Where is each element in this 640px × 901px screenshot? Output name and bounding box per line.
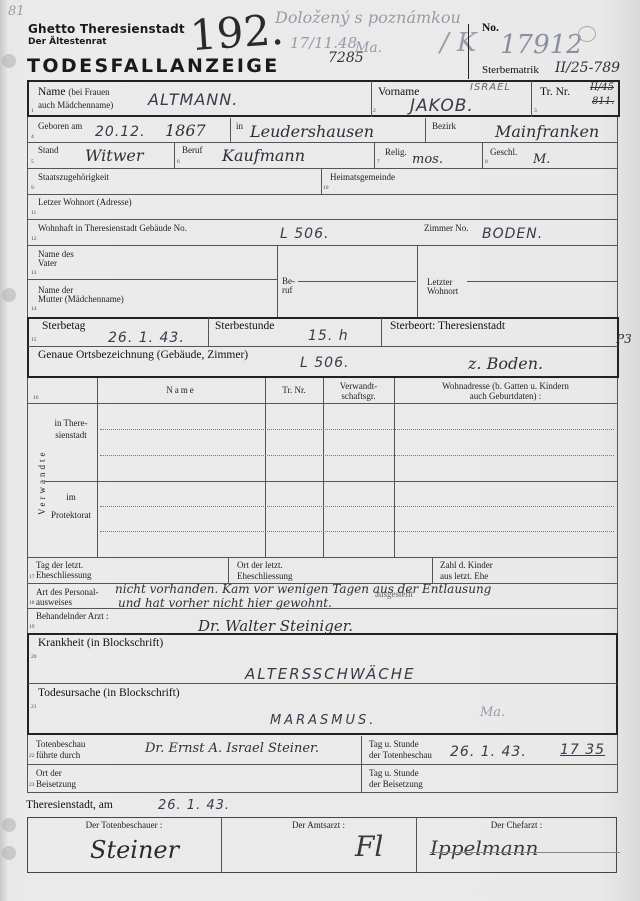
beruf2-label-2: ruf: [282, 285, 293, 295]
field-number: 8: [485, 159, 488, 165]
arzt-label: Behandelnder Arzt :: [36, 611, 108, 621]
heimatsgemeinde-label: Heimatsgemeinde: [330, 172, 395, 182]
org-council: Der Ältestenrat: [28, 37, 107, 47]
org-name: Ghetto Theresienstadt: [28, 22, 185, 36]
field-number: 10: [323, 185, 329, 191]
vater-label-2: Vater: [38, 258, 57, 268]
field-number: 13: [31, 270, 37, 276]
punch-hole: [2, 818, 16, 832]
group2-label-1: im: [45, 492, 97, 502]
relig-value[interactable]: mos.: [412, 152, 443, 167]
field-number: 15: [31, 337, 37, 343]
tr-nr-value[interactable]: 811.: [592, 96, 614, 107]
divider: [482, 143, 483, 168]
kinder-label-2: aus letzt. Ehe: [440, 571, 488, 581]
divider: [277, 246, 278, 317]
in-label: in: [236, 121, 243, 131]
tr-nr-label: Tr. Nr.: [540, 86, 570, 98]
row-divider: [27, 142, 618, 143]
entry-line[interactable]: [100, 531, 614, 532]
row-divider: [27, 608, 618, 609]
krankheit-value[interactable]: ALTERSSCHWÄCHE: [245, 665, 416, 683]
field-number: 5: [31, 159, 34, 165]
group-divider: [45, 481, 618, 482]
ortsbezeichnung-label: Genaue Ortsbezeichnung (Gebäude, Zimmer): [38, 349, 248, 361]
row-divider: [27, 792, 618, 793]
col-divider: [97, 378, 98, 558]
stand-label: Stand: [38, 145, 59, 155]
field-number: 22: [29, 753, 35, 759]
divider: [381, 318, 382, 346]
field-number: 21: [31, 704, 37, 710]
divider: [321, 169, 322, 194]
sig1-signature[interactable]: Steiner: [90, 836, 179, 864]
name-label-text: Name: [38, 86, 65, 98]
page-title: TODESFALLANZEIGE: [27, 55, 280, 77]
ausweis-label-2: ausweises: [36, 597, 72, 607]
frame-left: [27, 117, 28, 317]
ort-beisetzung-label-1: Ort der: [36, 768, 62, 778]
ortsbezeichnung-building[interactable]: L 506.: [300, 355, 349, 371]
margin-mark: P3: [616, 332, 632, 346]
sterbeort-label: Sterbeort: Theresienstadt: [390, 320, 505, 332]
ort-eheschliessung-label-2: Eheschliessung: [237, 571, 293, 581]
handwritten-small-number: 7285: [328, 50, 364, 66]
col-header-wohn-2: auch Geburtdaten) :: [394, 391, 617, 401]
field-number: 20: [31, 654, 37, 660]
row-divider: [27, 557, 618, 558]
header-divider: [468, 24, 469, 79]
sterbestunde-value[interactable]: 15. h: [308, 328, 349, 344]
sig3-stroke: [430, 852, 620, 853]
todesursache-pencil: Ma.: [480, 705, 505, 720]
col-header-name: Name: [97, 385, 265, 395]
place-date-label: Theresienstadt, am: [26, 799, 113, 811]
col-header-tr-nr: Tr. Nr.: [265, 385, 323, 395]
divider: [432, 558, 433, 583]
tag-totenbeschau-label-2: der Totenbeschau: [369, 750, 432, 760]
sig2-signature[interactable]: Fl: [355, 830, 383, 863]
row-divider: [27, 219, 618, 220]
no-label: No.: [482, 22, 499, 34]
geburtsort-value[interactable]: Leudershausen: [250, 122, 374, 141]
field-number: 17: [29, 574, 35, 580]
entry-line[interactable]: [100, 455, 614, 456]
field-number: 14: [31, 306, 37, 312]
frame-right: [617, 557, 618, 637]
letzter2-label-2: Wohnort: [427, 286, 458, 296]
beruf-value[interactable]: Kaufmann: [222, 146, 305, 165]
frame-right: [617, 117, 618, 317]
tag-beisetzung-label-1: Tag u. Stunde: [369, 768, 419, 778]
no-value: 17912: [500, 30, 583, 60]
field-number: 2: [373, 108, 376, 114]
bezirk-label: Bezirk: [432, 121, 456, 131]
tag-totenbeschau-label-1: Tag u. Stunde: [369, 739, 419, 749]
geschl-label: Geschl.: [490, 147, 517, 157]
bezirk-value[interactable]: Mainfranken: [495, 122, 599, 141]
geboren-day[interactable]: 20.12.: [95, 124, 146, 140]
field-number: 3: [534, 108, 537, 114]
pencil-annotation-line1: Doložený s poznámkou: [275, 8, 461, 27]
field-number: 4: [31, 134, 34, 140]
pencil-circle: [578, 26, 596, 42]
place-date-value[interactable]: 26. 1. 43.: [158, 798, 230, 813]
verwandte-side-label: Verwandte: [37, 455, 47, 515]
ort-eheschliessung-label-1: Ort der letzt.: [237, 560, 283, 570]
row-divider: [27, 403, 618, 404]
letzter-wohnort-label: Letzer Wohnort (Adresse): [38, 197, 132, 207]
row-divider: [298, 281, 416, 282]
geboren-label: Geboren am: [38, 121, 82, 131]
todesursache-label: Todesursache (in Blockschrift): [38, 687, 180, 699]
sterbematrik-value: II/25-789: [555, 60, 620, 76]
field-number: 12: [31, 236, 37, 242]
divider: [417, 246, 418, 317]
zimmer-value[interactable]: BODEN.: [482, 226, 543, 242]
row-divider: [28, 346, 618, 347]
name-label: Name (bei Frauen: [38, 86, 110, 98]
row-divider: [27, 279, 277, 280]
pencil-check-mark: / K: [440, 28, 476, 58]
row-divider: [27, 245, 618, 246]
field-number: 18: [29, 600, 35, 606]
divider: [174, 143, 175, 168]
todesursache-value[interactable]: MARASMUS.: [270, 713, 376, 728]
totenbeschau-label-1: Totenbeschau: [36, 739, 85, 749]
row-divider: [27, 194, 618, 195]
ausweis-label-1: Art des Personal-: [36, 587, 99, 597]
handwritten-sequence-number: 192.: [188, 5, 285, 60]
totenbeschau-value[interactable]: Dr. Ernst A. Israel Steiner.: [145, 741, 319, 756]
entry-line[interactable]: [100, 506, 614, 507]
field-number: 9: [31, 185, 34, 191]
divider: [228, 558, 229, 583]
mutter-label-2: Mutter (Mädchenname): [38, 294, 124, 304]
geboren-year[interactable]: 1867: [165, 121, 206, 140]
punch-hole: [2, 846, 16, 860]
relig-label: Relig.: [385, 147, 407, 157]
document-page: 81 Ghetto Theresienstadt Der Ältestenrat…: [0, 0, 636, 901]
wohnhaft-label: Wohnhaft in Theresienstadt Gebäude No.: [38, 223, 187, 233]
group2-label-2: Protektorat: [45, 510, 97, 520]
kinder-label-1: Zahl d. Kinder: [440, 560, 493, 570]
row-divider: [467, 281, 617, 282]
tag-totenbeschau-time[interactable]: 17 35: [560, 742, 605, 758]
field-number: 16: [33, 395, 39, 401]
divider: [371, 81, 372, 117]
staatszugehoerigkeit-label: Staatszugehörigkeit: [38, 172, 109, 182]
tag-totenbeschau-date[interactable]: 26. 1. 43.: [450, 744, 527, 760]
frame-left: [27, 378, 28, 558]
name-label-line2: auch Mädchenname): [38, 100, 113, 110]
field-number: 23: [29, 782, 35, 788]
row-divider: [27, 764, 618, 765]
tag-eheschliessung-label-1: Tag der letzt.: [36, 560, 83, 570]
geschl-value[interactable]: M.: [533, 152, 550, 167]
tag-eheschliessung-label-2: Eheschliessung: [36, 570, 92, 580]
sterbestunde-label: Sterbestunde: [215, 320, 274, 332]
tr-nr-value-struck: II/45: [590, 82, 614, 93]
stand-value[interactable]: Witwer: [85, 146, 144, 165]
ausweis-value-line1[interactable]: nicht vorhanden. Kam vor wenigen Tagen a…: [115, 582, 491, 596]
vorname-value[interactable]: JAKOB.: [410, 96, 474, 116]
name-value[interactable]: ALTMANN.: [148, 90, 238, 109]
sterbematrik-label: Sterbematrik: [482, 64, 539, 76]
field-number: 1: [31, 108, 34, 114]
beruf-label: Beruf: [182, 145, 203, 155]
tag-beisetzung-label-2: der Beisetzung: [369, 779, 423, 789]
punch-hole: [2, 54, 16, 68]
sig1-label: Der Totenbeschauer :: [27, 820, 221, 830]
field-number: 19: [29, 624, 35, 630]
divider: [425, 118, 426, 142]
field-number: 11: [31, 210, 36, 216]
divider: [374, 143, 375, 168]
zimmer-label: Zimmer No.: [424, 223, 469, 233]
ortsbezeichnung-room[interactable]: z. Boden.: [468, 354, 543, 373]
punch-hole: [2, 288, 16, 302]
col-header-verw-2: schaftsgr.: [323, 391, 394, 401]
field-number: 7: [377, 159, 380, 165]
group1-label-1: in There-: [45, 418, 97, 428]
name-label-note: (bei Frauen: [68, 87, 109, 97]
ort-beisetzung-label-2: Beisetzung: [36, 779, 76, 789]
sig3-signature[interactable]: Ippelmann: [430, 836, 538, 860]
row-divider: [28, 683, 617, 684]
totenbeschau-label-2: führte durch: [36, 750, 80, 760]
sterbetag-value[interactable]: 26. 1. 43.: [108, 330, 185, 346]
divider: [208, 318, 209, 346]
frame-right: [617, 378, 618, 558]
wohnhaft-value[interactable]: L 506.: [280, 226, 329, 242]
divider: [531, 81, 532, 117]
group1-label-2: sienstadt: [45, 430, 97, 440]
sterbetag-label: Sterbetag: [42, 320, 85, 332]
krankheit-label: Krankheit (in Blockschrift): [38, 637, 163, 649]
col-header-wohn-1: Wohnadresse (b. Gatten u. Kindern: [394, 381, 617, 391]
entry-line[interactable]: [100, 429, 614, 430]
field-number: 6: [177, 159, 180, 165]
divider: [230, 118, 231, 142]
sig2-label: Der Amtsarzt :: [221, 820, 416, 830]
row-divider: [27, 168, 618, 169]
sig3-label: Der Chefarzt :: [416, 820, 617, 830]
vorname-extra: ISRAEL: [470, 82, 511, 93]
corner-pencil-mark: 81: [8, 4, 25, 19]
col-header-verw-1: Verwandt-: [323, 381, 394, 391]
